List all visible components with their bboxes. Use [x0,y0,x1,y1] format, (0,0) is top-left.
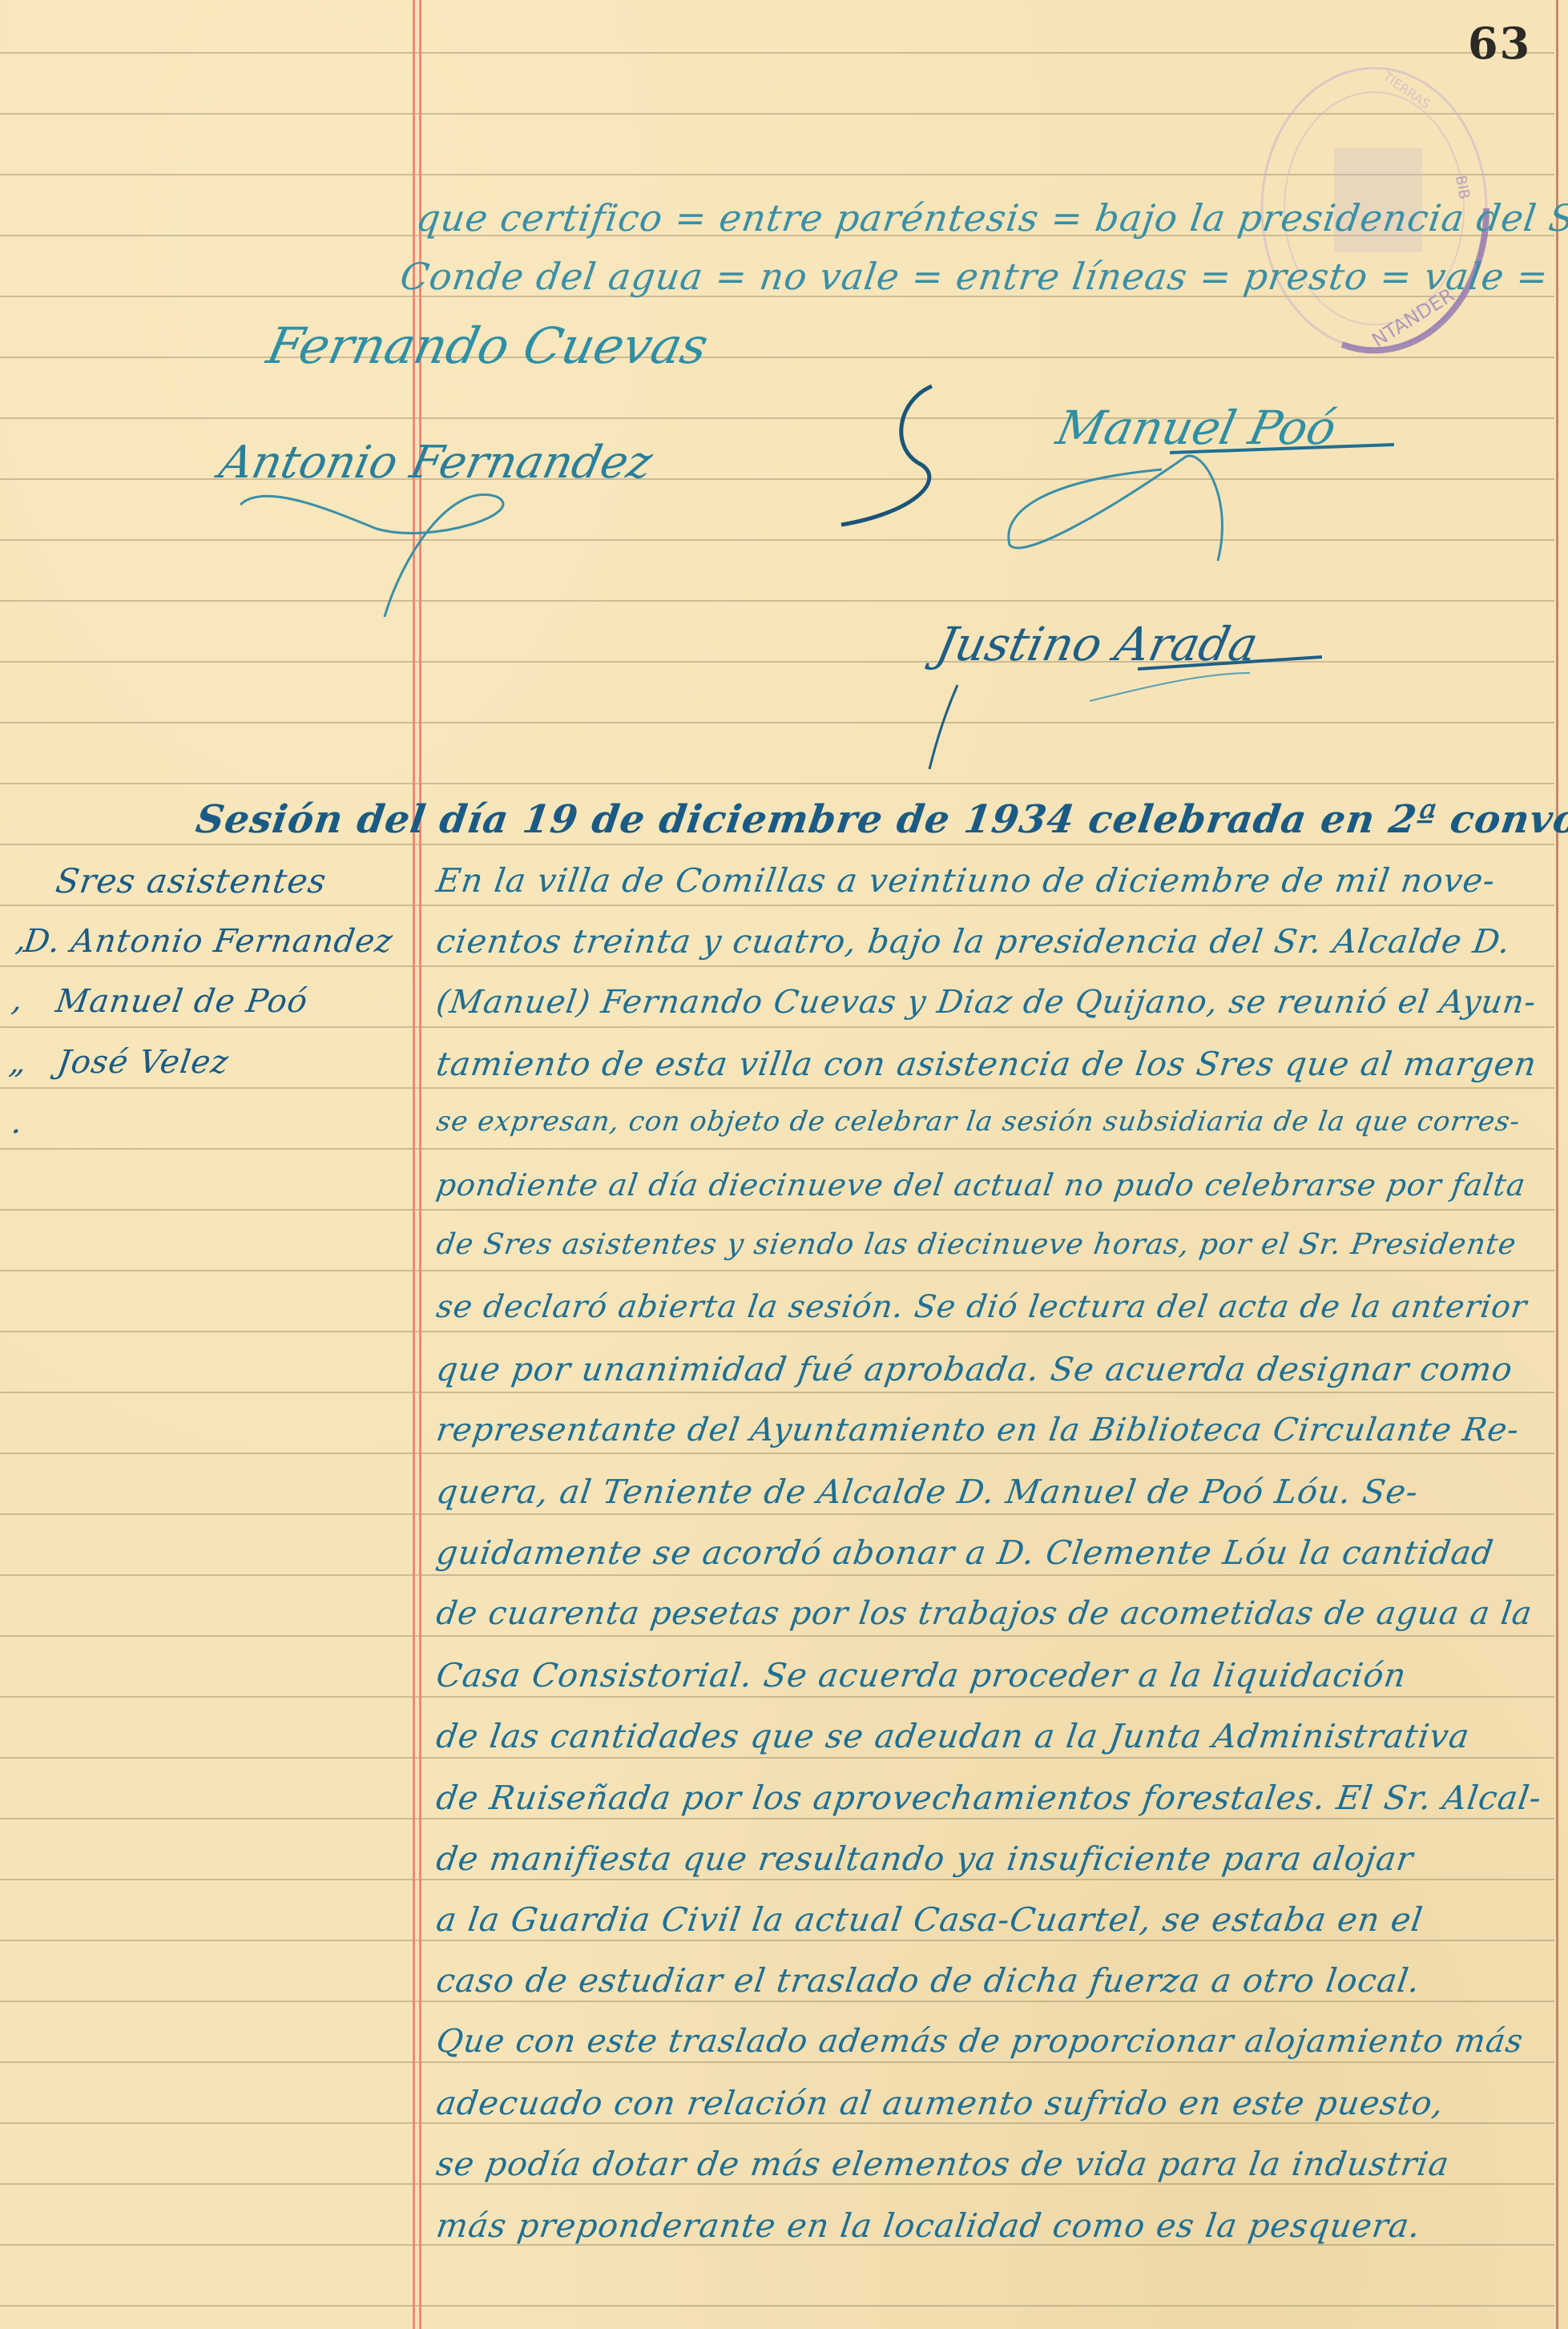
attendee-prefix-3: „ [7,1044,30,1081]
minutes-line: se expresan, con objeto de celebrar la s… [434,1106,1522,1138]
ruled-line [0,1818,1554,1819]
minutes-line: cientos treinta y cuatro, bajo la presid… [434,922,1514,961]
ruled-line [0,1453,1554,1454]
attendees-label: Sres asistentes [54,861,329,901]
attendee-1: D. Antonio Fernandez [22,923,396,960]
ruled-line [0,1940,1554,1941]
minutes-line: guidamente se acordó abonar a D. Clement… [434,1533,1497,1572]
ruled-line [0,1331,1554,1332]
minutes-line: Casa Consistorial. Se acuerda proceder a… [434,1656,1409,1694]
signature-flourishes [0,0,1568,801]
attendee-2: Manuel de Poó [54,983,310,1020]
ruled-line [0,2122,1554,2124]
ruled-line [0,1513,1554,1515]
ruled-line [0,1148,1554,1150]
ruled-line [0,1574,1554,1576]
minutes-line: representante del Ayuntamiento en la Bib… [434,1412,1522,1449]
minutes-line: tamiento de esta villa con asistencia de… [434,1045,1540,1083]
minutes-line: adecuado con relación al aumento sufrido… [434,2084,1447,2122]
ruled-line [0,1635,1554,1637]
ruled-line [0,2305,1554,2307]
attendee-prefix-4: . [10,1104,26,1141]
ruled-line [0,1026,1554,1028]
ruled-line [0,1696,1554,1698]
minutes-line: que por unanimidad fué aprobada. Se acue… [434,1350,1516,1388]
minutes-line: a la Guardia Civil la actual Casa-Cuarte… [434,1900,1425,1939]
minutes-line: de Ruiseñada por los aprovechamientos fo… [434,1779,1545,1817]
minutes-line: de manifiesta que resultando ya insufici… [434,1839,1417,1878]
minutes-line: pondiente al día diecinueve del actual n… [434,1167,1528,1203]
minutes-line: de las cantidades que se adeudan a la Ju… [434,1717,1473,1755]
ledger-page: 63 NTANDER BIB TIERRAS que certifico = e… [0,0,1568,2329]
minutes-line: Que con este traslado además de proporci… [434,2023,1526,2060]
ruled-line [0,1392,1554,1393]
ruled-line [0,965,1554,967]
attendee-3: José Velez [55,1044,232,1081]
ruled-line [0,2183,1554,2185]
ruled-line [0,2061,1554,2063]
minutes-line: quera, al Teniente de Alcalde D. Manuel … [434,1473,1421,1511]
ruled-line [0,1087,1554,1089]
minutes-line: caso de estudiar el traslado de dicha fu… [434,1961,1423,2000]
minutes-line: de cuarenta pesetas por los trabajos de … [434,1595,1535,1632]
ruled-line [0,905,1554,906]
minutes-line: más preponderante en la localidad como e… [434,2206,1424,2245]
ruled-line [0,1879,1554,1880]
minutes-line: En la villa de Comillas a veintiuno de d… [434,861,1498,900]
minutes-line: se declaró abierta la sesión. Se dió lec… [434,1289,1530,1325]
minutes-line: (Manuel) Fernando Cuevas y Diaz de Quija… [434,984,1539,1021]
attendee-prefix-2: ‚ [10,981,26,1018]
ruled-line [0,1270,1554,1271]
rubric-mark [841,386,932,525]
session-heading: Sesión del día 19 de diciembre de 1934 c… [193,797,1568,842]
ruled-line [0,1209,1554,1211]
ruled-line [0,1757,1554,1759]
ruled-line [0,2001,1554,2002]
ruled-line [0,844,1554,845]
minutes-line: de Sres asistentes y siendo las diecinue… [434,1228,1518,1261]
minutes-line: se podía dotar de más elementos de vida … [434,2145,1452,2183]
